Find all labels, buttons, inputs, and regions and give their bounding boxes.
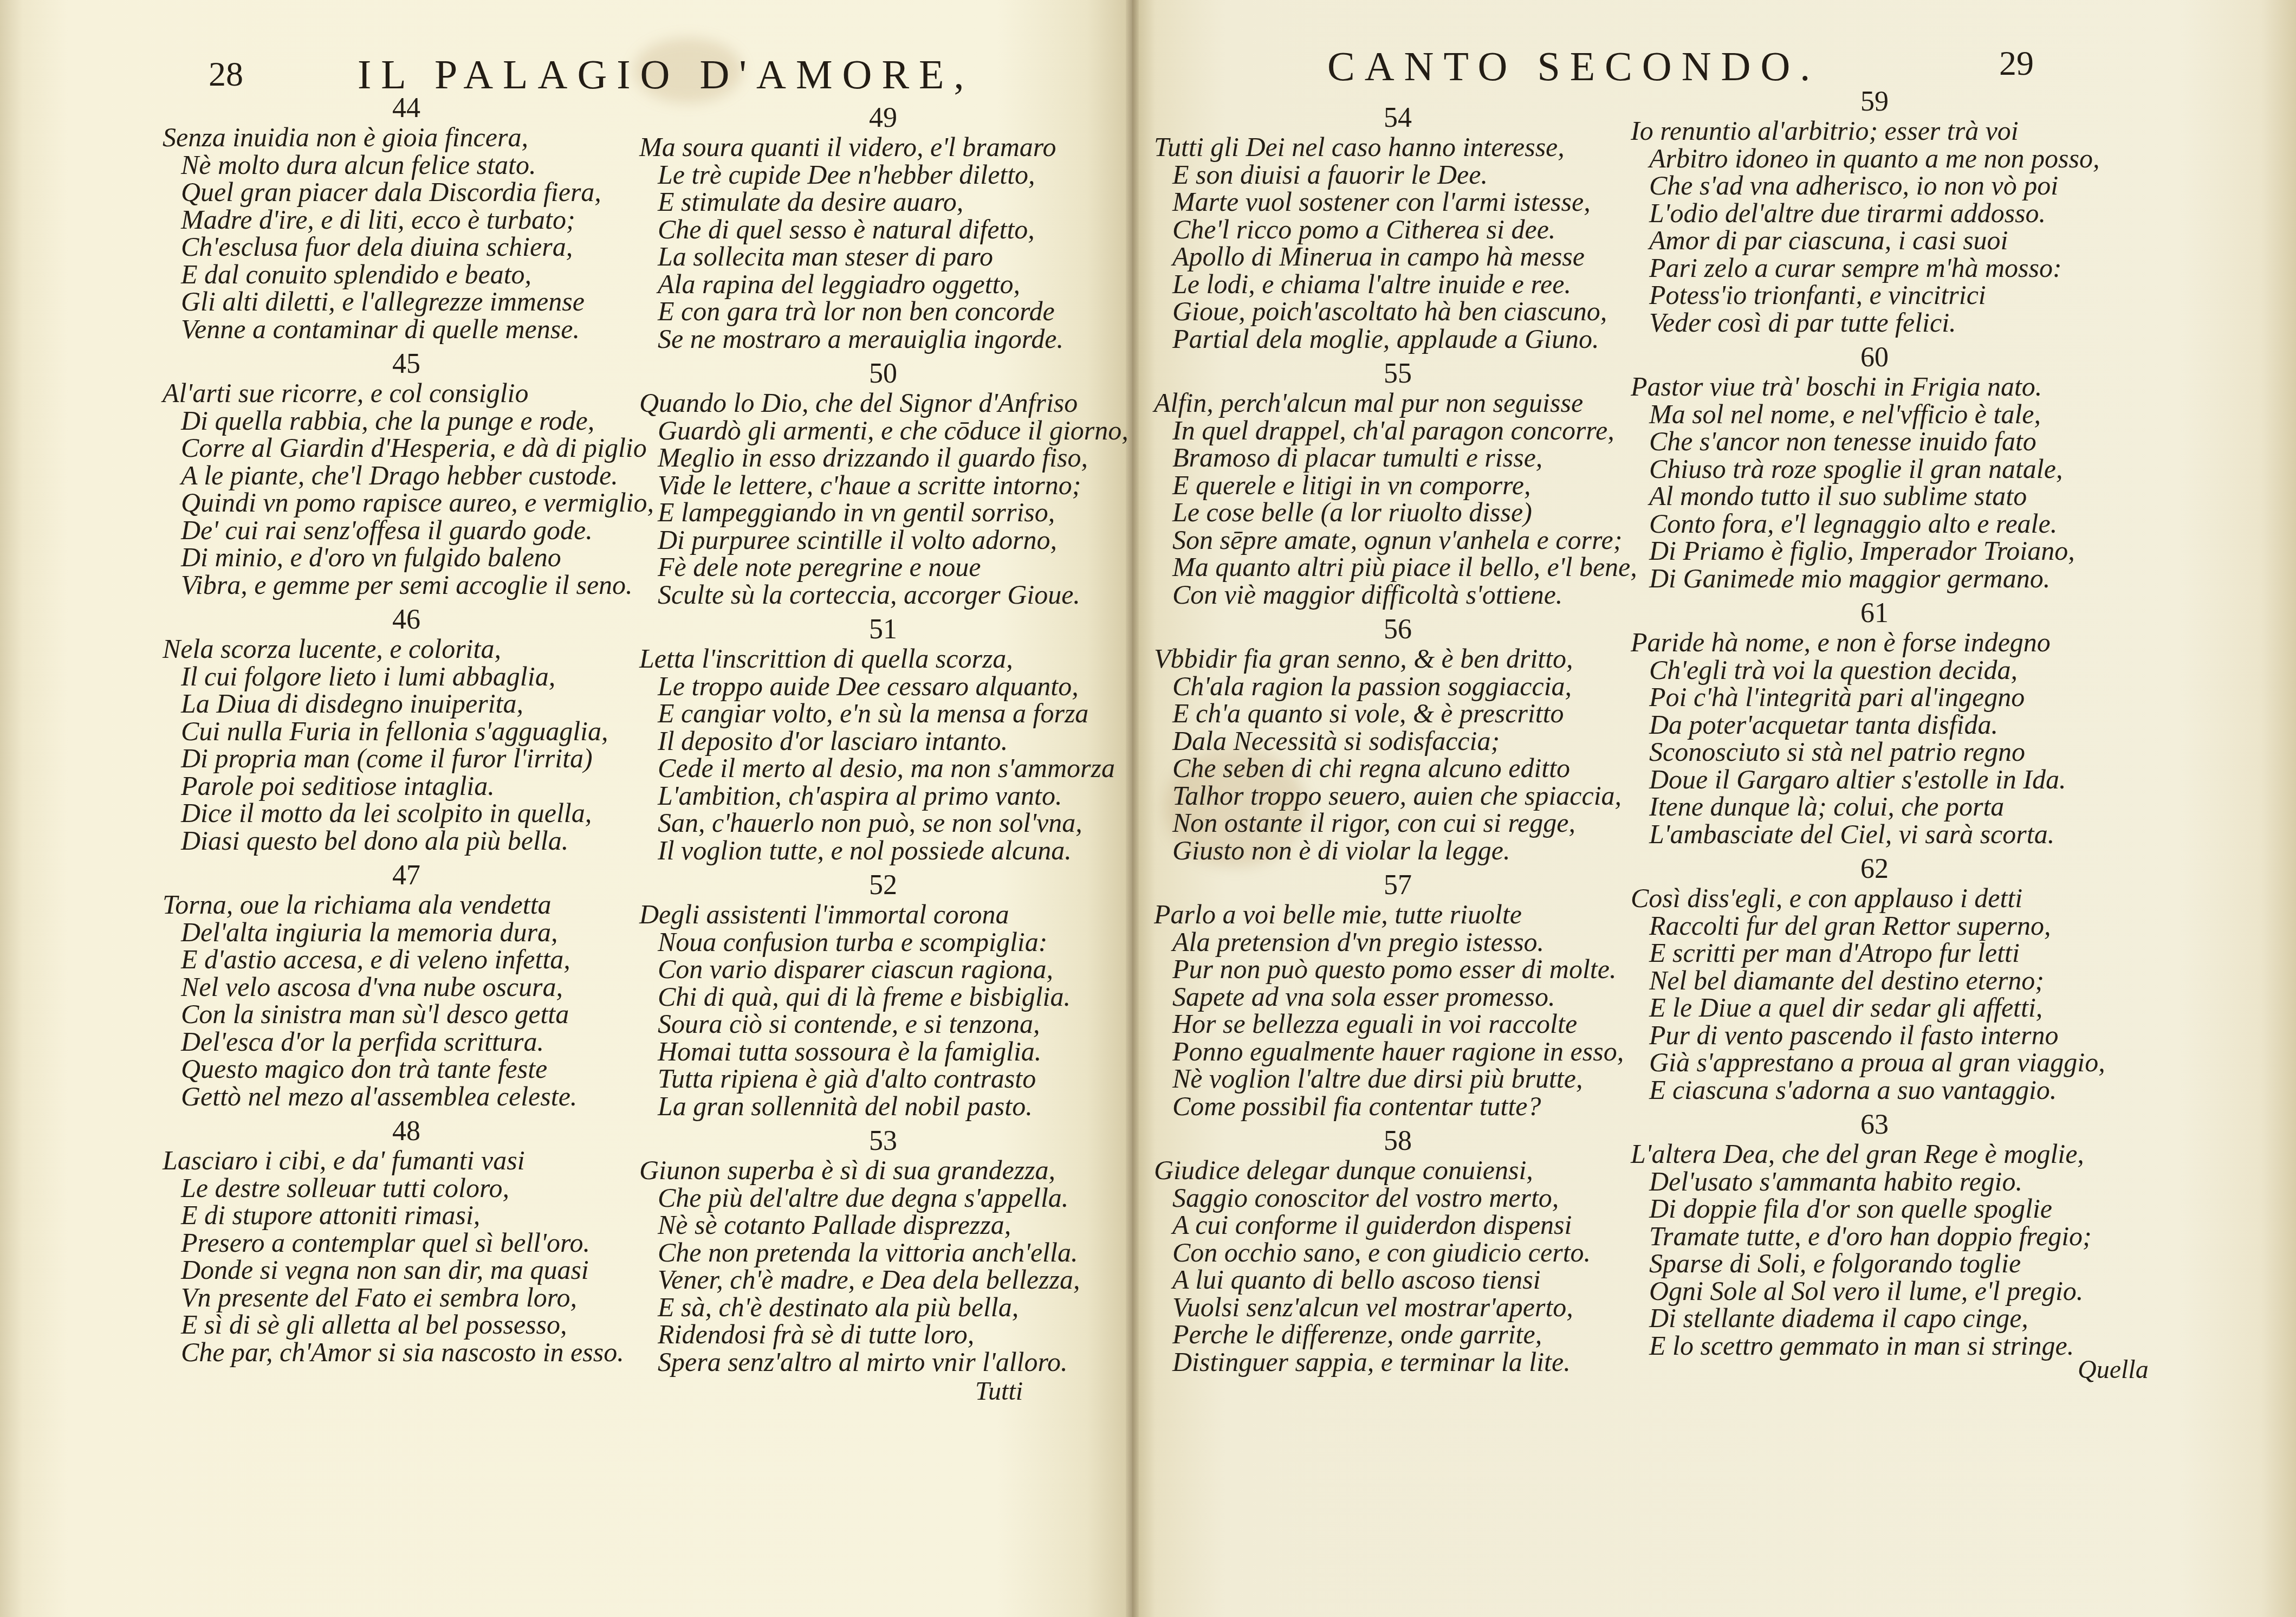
verse-line: E d'astio accesa, e di veleno infetta, [163,946,650,973]
verse-line: Tutti gli Dei nel caso hanno interesse, [1154,133,1642,161]
verse-line: Giusto non è di violar la legge. [1154,837,1642,864]
verse-line: Di stellante diadema il capo cinge, [1631,1304,2118,1332]
verse-line: Lasciaro i cibi, e da' fumanti vasi [163,1147,650,1174]
verse-line: Sculte sù la corteccia, accorger Gioue. [639,581,1127,609]
verse-line: Io renuntio al'arbitrio; esser trà voi [1631,117,2118,145]
verse-line: Raccolti fur del gran Rettor superno, [1631,912,2118,940]
stanza-number: 55 [1154,359,1642,389]
stanza: 47Torna, oue la richiama ala vendettaDel… [163,861,650,1110]
verse-line: E dal conuito splendido e beato, [163,261,650,288]
verse-line: Vn presente del Fato ei sembra loro, [163,1284,650,1311]
verse-line: Il cui folgore lieto i lumi abbaglia, [163,663,650,690]
verse-line: E scritti per man d'Atropo fur letti [1631,939,2118,967]
stanza: 62Così diss'egli, e con applauso i detti… [1631,854,2118,1103]
verse-line: E son diuisi a fauorir le Dee. [1154,161,1642,189]
verse-line: Corre al Giardin d'Hesperia, e dà di pig… [163,434,650,462]
verse-line: Che non pretenda la vittoria anch'ella. [639,1239,1127,1266]
verse-line: Pur di vento pascendo il fasto interno [1631,1021,2118,1049]
verse-line: Parlo a voi belle mie, tutte riuolte [1154,901,1642,928]
verse-line: Di minio, e d'oro vn fulgido baleno [163,544,650,571]
verse-line: Potess'io trionfanti, e vincitrici [1631,281,2118,309]
verse-line: Veder così di par tutte felici. [1631,309,2118,337]
verse-line: Che più del'altre due degna s'appella. [639,1184,1127,1212]
verse-line: Con occhio sano, e con giudicio certo. [1154,1239,1642,1266]
right-page: CANTO SECONDO. 29 54Tutti gli Dei nel ca… [1132,0,2296,1617]
verse-line: Le lodi, e chiama l'altre inuide e ree. [1154,270,1642,298]
verse-line: Di purpuree scintille il volto adorno, [639,526,1127,554]
verse-line: La sollecita man steser di paro [639,243,1127,270]
verse-line: Torna, oue la richiama ala vendetta [163,891,650,919]
stanza: 55Alfin, perch'alcun mal pur non seguiss… [1154,359,1642,608]
verse-line: Noua confusion turba e scompiglia: [639,928,1127,956]
verse-line: Al'arti sue ricorre, e col consiglio [163,379,650,407]
stanza-number: 53 [639,1126,1127,1156]
verse-line: La gran sollennità del nobil pasto. [639,1092,1127,1120]
verse-line: Del'esca d'or la perfida scrittura. [163,1028,650,1056]
stanza: 53Giunon superba è sì di sua grandezza,C… [639,1126,1127,1375]
verse-line: L'ambition, ch'aspira al primo vanto. [639,782,1127,810]
catchword: Quella [2078,1355,2149,1385]
running-head: CANTO SECONDO. [1327,43,1820,90]
verse-line: Alfin, perch'alcun mal pur non seguisse [1154,389,1642,417]
verse-line: Degli assistenti l'immortal corona [639,901,1127,928]
verse-line: E lampeggiando in vn gentil sorriso, [639,499,1127,526]
verse-line: Nè voglion l'altre due dirsi più brutte, [1154,1065,1642,1092]
stanza: 57Parlo a voi belle mie, tutte riuolteAl… [1154,870,1642,1120]
verse-line: Vide le lettere, c'haue a scritte intorn… [639,471,1127,499]
verse-line: Pur non può questo pomo esser di molte. [1154,955,1642,983]
verse-line: Le cose belle (a lor riuolto disse) [1154,499,1642,526]
verse-line: L'ambasciate del Ciel, vi sarà scorta. [1631,820,2118,848]
verse-line: Sapete ad vna sola esser promesso. [1154,983,1642,1011]
verse-line: Donde si vegna non san dir, ma quasi [163,1256,650,1284]
stanza: 52Degli assistenti l'immortal coronaNoua… [639,870,1127,1120]
text-column: 59Io renuntio al'arbitrio; esser trà voi… [1631,87,2118,1366]
running-head: IL PALAGIO D'AMORE, [358,51,974,99]
verse-line: A lui quanto di bello ascoso tiensi [1154,1266,1642,1293]
stanza-number: 59 [1631,87,2118,117]
verse-line: Fè dele note peregrine e noue [639,553,1127,581]
stanza: 44Senza inuidia non è gioia fincera,Nè m… [163,93,650,342]
verse-line: Ch'esclusa fuor dela diuina schiera, [163,233,650,261]
verse-line: Con vario disparer ciascun ragiona, [639,955,1127,983]
verse-line: Ma sol nel nome, e nel'vfficio è tale, [1631,400,2118,428]
verse-line: Son sēpre amate, ognun v'anhela e corre; [1154,526,1642,554]
verse-line: Vener, ch'è madre, e Dea dela bellezza, [639,1266,1127,1293]
stanza: 63L'altera Dea, che del gran Rege è mogl… [1631,1110,2118,1359]
verse-line: Poi c'hà l'integrità pari al'ingegno [1631,683,2118,711]
verse-line: De' cui rai senz'offesa il guardo gode. [163,516,650,544]
page-number: 29 [1999,43,2034,83]
verse-line: Così diss'egli, e con applauso i detti [1631,884,2118,912]
verse-line: In quel drappel, ch'al paragon concorre, [1154,417,1642,444]
verse-line: E lo scettro gemmato in man si stringe. [1631,1332,2118,1360]
verse-line: Arbitro idoneo in quanto a me non posso, [1631,145,2118,172]
verse-line: Spera senz'altro al mirto vnir l'alloro. [639,1348,1127,1376]
verse-line: Diasi questo bel dono ala più bella. [163,827,650,855]
verse-line: Le trè cupide Dee n'hebber diletto, [639,161,1127,189]
verse-line: Cede il merto al desio, ma non s'ammorza [639,754,1127,782]
verse-line: A cui conforme il guiderdon dispensi [1154,1211,1642,1239]
stanza-number: 46 [163,605,650,635]
verse-line: Guardò gli armenti, e che cōduce il gior… [639,417,1127,444]
verse-line: Che par, ch'Amor si sia nascosto in esso… [163,1338,650,1366]
stanza-number: 49 [639,103,1127,133]
stanza: 51Letta l'inscrittion di quella scorza,L… [639,615,1127,864]
verse-line: Ch'egli trà voi la question decida, [1631,656,2118,684]
verse-line: Partial dela moglie, applaude a Giuno. [1154,325,1642,353]
verse-line: Chiuso trà roze spoglie il gran natale, [1631,455,2118,483]
verse-line: Pastor viue trà' boschi in Frigia nato. [1631,373,2118,400]
verse-line: Già s'apprestano a proua al gran viaggio… [1631,1049,2118,1076]
verse-line: Letta l'inscrittion di quella scorza, [639,645,1127,672]
stanza-number: 47 [163,861,650,891]
verse-line: Nè sè cotanto Pallade disprezza, [639,1211,1127,1239]
verse-line: Che s'ad vna adherisco, io non vò poi [1631,172,2118,199]
verse-line: Vibra, e gemme per semi accoglie il seno… [163,571,650,599]
verse-line: Questo magico don trà tante feste [163,1055,650,1083]
stanza-number: 58 [1154,1126,1642,1156]
verse-line: Hor se bellezza eguali in voi raccolte [1154,1010,1642,1038]
verse-line: Del'usato s'ammanta habito regio. [1631,1168,2118,1195]
verse-line: Perche le differenze, onde garrite, [1154,1321,1642,1348]
verse-line: Sparse di Soli, e folgorando toglie [1631,1250,2118,1277]
stanza: 49Ma soura quanti il videro, e'l bramaro… [639,103,1127,352]
verse-line: Apollo di Minerua in campo hà messe [1154,243,1642,270]
verse-line: Che di quel sesso è natural difetto, [639,216,1127,243]
verse-line: Al mondo tutto il suo sublime stato [1631,482,2118,510]
verse-line: Talhor troppo seuero, auien che spiaccia… [1154,782,1642,810]
verse-line: Quel gran piacer dala Discordia fiera, [163,178,650,206]
verse-line: Il deposito d'or lasciaro intanto. [639,727,1127,755]
stanza: 46Nela scorza lucente, e colorita,Il cui… [163,605,650,854]
verse-line: E sì di sè gli alletta al bel possesso, [163,1311,650,1338]
verse-line: Saggio conoscitor del vostro merto, [1154,1184,1642,1212]
verse-line: Che s'ancor non tenesse inuido fato [1631,428,2118,455]
verse-line: Senza inuidia non è gioia fincera, [163,124,650,151]
verse-line: Nè molto dura alcun felice stato. [163,151,650,179]
verse-line: Venne a contaminar di quelle mense. [163,315,650,343]
verse-line: Di propria man (come il furor l'irrita) [163,745,650,772]
verse-line: E di stupore attoniti rimasi, [163,1201,650,1229]
stanza: 59Io renuntio al'arbitrio; esser trà voi… [1631,87,2118,336]
verse-line: Paride hà nome, e non è forse indegno [1631,629,2118,656]
verse-line: Gettò nel mezo al'assemblea celeste. [163,1083,650,1110]
stanza-number: 48 [163,1116,650,1147]
text-column: 44Senza inuidia non è gioia fincera,Nè m… [163,93,650,1372]
verse-line: Parole poi seditiose intaglia. [163,772,650,800]
verse-line: E stimulate da desire auaro, [639,188,1127,216]
verse-line: Quindi vn pomo rapisce aureo, e vermigli… [163,489,650,516]
verse-line: Ridendosi frà sè di tutte loro, [639,1321,1127,1348]
stanza-number: 57 [1154,870,1642,901]
stanza: 58Giudice delegar dunque conuiensi,Saggi… [1154,1126,1642,1375]
verse-line: L'altera Dea, che del gran Rege è moglie… [1631,1140,2118,1168]
verse-line: Giudice delegar dunque conuiensi, [1154,1156,1642,1184]
verse-line: Ala rapina del leggiadro oggetto, [639,270,1127,298]
stanza-number: 54 [1154,103,1642,133]
verse-line: Ogni Sole al Sol vero il lume, e'l pregi… [1631,1277,2118,1305]
verse-line: Quando lo Dio, che del Signor d'Anfriso [639,389,1127,417]
text-column: 54Tutti gli Dei nel caso hanno interesse… [1154,103,1642,1382]
book-gutter [1126,0,1139,1617]
verse-line: Il voglion tutte, e nol possiede alcuna. [639,837,1127,864]
text-column: 49Ma soura quanti il videro, e'l bramaro… [639,103,1127,1382]
verse-line: Amor di par ciascuna, i casi suoi [1631,227,2118,254]
verse-line: Da poter'acquetar tanta disfida. [1631,711,2118,739]
verse-line: Itene dunque là; colui, che porta [1631,793,2118,820]
verse-line: Di Ganimede mio maggior germano. [1631,565,2118,592]
stanza-number: 51 [639,615,1127,645]
verse-line: Marte vuol sostener con l'armi istesse, [1154,188,1642,216]
verse-line: E ch'a quanto si vole, & è prescritto [1154,700,1642,727]
verse-line: Gli alti diletti, e l'allegrezze immense [163,288,650,315]
verse-line: E ciascuna s'adorna a suo vantaggio. [1631,1076,2118,1104]
verse-line: Madre d'ire, e di liti, ecco è turbato; [163,206,650,234]
verse-line: Meglio in esso drizzando il guardo fiso, [639,444,1127,471]
verse-line: Ponno egualmente hauer ragione in esso, [1154,1038,1642,1065]
verse-line: Di quella rabbia, che la punge e rode, [163,407,650,435]
verse-line: Nela scorza lucente, e colorita, [163,635,650,663]
verse-line: E con gara trà lor non ben concorde [639,297,1127,325]
verse-line: Con viè maggior difficoltà s'ottiene. [1154,581,1642,609]
verse-line: L'odio del'altre due tirarmi addosso. [1631,199,2118,227]
stanza-number: 50 [639,359,1127,389]
verse-line: E sà, ch'è destinato ala più bella, [639,1293,1127,1321]
verse-line: Nel bel diamante del destino eterno; [1631,967,2118,994]
verse-line: Sconosciuto si stà nel patrio regno [1631,738,2118,766]
verse-line: Cui nulla Furia in fellonia s'agguaglia, [163,717,650,745]
verse-line: Vbbidir fia gran senno, & è ben dritto, [1154,645,1642,672]
verse-line: Dala Necessità si sodisfaccia; [1154,727,1642,755]
verse-line: Pari zelo a curar sempre m'hà mosso: [1631,254,2118,282]
verse-line: E cangiar volto, e'n sù la mensa a forza [639,700,1127,727]
verse-line: Dice il motto da lei scolpito in quella, [163,799,650,827]
book-spread: 28 IL PALAGIO D'AMORE, 44Senza inuidia n… [0,0,2296,1617]
verse-line: Del'alta ingiuria la memoria dura, [163,919,650,946]
stanza: 48Lasciaro i cibi, e da' fumanti vasiLe … [163,1116,650,1366]
verse-line: Nel velo ascosa d'vna nube oscura, [163,973,650,1001]
verse-line: Tutta ripiena è già d'alto contrasto [639,1065,1127,1092]
left-page: 28 IL PALAGIO D'AMORE, 44Senza inuidia n… [0,0,1132,1617]
catchword: Tutti [975,1376,1023,1406]
verse-line: A le piante, che'l Drago hebber custode. [163,462,650,489]
stanza-number: 52 [639,870,1127,901]
verse-line: Presero a contemplar quel sì bell'oro. [163,1229,650,1257]
verse-line: Che seben di chi regna alcuno editto [1154,754,1642,782]
verse-line: Ala pretension d'vn pregio istesso. [1154,928,1642,956]
verse-line: Vuolsi senz'alcun vel mostrar'aperto, [1154,1293,1642,1321]
stanza: 54Tutti gli Dei nel caso hanno interesse… [1154,103,1642,352]
verse-line: Tramate tutte, e d'oro han doppio fregio… [1631,1223,2118,1250]
verse-line: Come possibil fia contentar tutte? [1154,1092,1642,1120]
verse-line: Non ostante il rigor, con cui si regge, [1154,809,1642,837]
stanza: 61Paride hà nome, e non è forse indegnoC… [1631,598,2118,848]
stanza-number: 56 [1154,615,1642,645]
verse-line: La Diua di disdegno inuiperita, [163,690,650,717]
verse-line: Le destre solleuar tutti coloro, [163,1174,650,1202]
stanza-number: 62 [1631,854,2118,884]
verse-line: E querele e litigi in vn comporre, [1154,471,1642,499]
stanza-number: 61 [1631,598,2118,629]
verse-line: San, c'hauerlo non può, se non sol'vna, [639,809,1127,837]
verse-line: Gioue, poich'ascoltato hà ben ciascuno, [1154,297,1642,325]
verse-line: Distinguer sappia, e terminar la lite. [1154,1348,1642,1376]
verse-line: Ch'ala ragion la passion soggiaccia, [1154,672,1642,700]
verse-line: Le troppo auide Dee cessaro alquanto, [639,672,1127,700]
stanza: 50Quando lo Dio, che del Signor d'Anfris… [639,359,1127,608]
verse-line: Di doppie fila d'or son quelle spoglie [1631,1195,2118,1223]
verse-line: Che'l ricco pomo a Citherea si dee. [1154,216,1642,243]
verse-line: Homai tutta sossoura è la famiglia. [639,1038,1127,1065]
verse-line: Soura ciò si contende, e si tenzona, [639,1010,1127,1038]
stanza-number: 45 [163,349,650,379]
verse-line: Chi di quà, qui di là freme e bisbiglia. [639,983,1127,1011]
stanza: 60Pastor viue trà' boschi in Frigia nato… [1631,342,2118,592]
stanza-number: 44 [163,93,650,124]
verse-line: Doue il Gargaro altier s'estolle in Ida. [1631,766,2118,793]
stanza: 45Al'arti sue ricorre, e col consiglioDi… [163,349,650,598]
verse-line: Se ne mostraro a merauiglia ingorde. [639,325,1127,353]
verse-line: Di Priamo è figlio, Imperador Troiano, [1631,537,2118,565]
verse-line: Ma soura quanti il videro, e'l bramaro [639,133,1127,161]
verse-line: E le Diue a quel dir sedar gli affetti, [1631,994,2118,1021]
stanza-number: 63 [1631,1110,2118,1140]
stanza: 56Vbbidir fia gran senno, & è ben dritto… [1154,615,1642,864]
verse-line: Ma quanto altri più piace il bello, e'l … [1154,553,1642,581]
verse-line: Giunon superba è sì di sua grandezza, [639,1156,1127,1184]
verse-line: Con la sinistra man sù'l desco getta [163,1000,650,1028]
stanza-number: 60 [1631,342,2118,373]
page-number: 28 [209,54,243,94]
verse-line: Conto fora, e'l legnaggio alto e reale. [1631,510,2118,538]
verse-line: Bramoso di placar tumulti e risse, [1154,444,1642,471]
